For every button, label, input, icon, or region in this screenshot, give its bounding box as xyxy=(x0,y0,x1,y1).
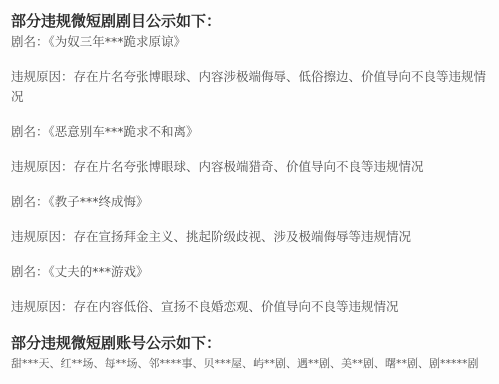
drama-title: 《为奴三年***跪求原谅》 xyxy=(49,34,187,49)
drama-title-line: 剧名：《教子***终成悔》 xyxy=(11,192,487,212)
drama-name-label: 剧名： xyxy=(11,34,49,49)
violation-reason-label: 违规原因： xyxy=(11,229,74,244)
drama-title: 《恶意别车***跪求不和离》 xyxy=(49,124,199,139)
drama-title-line: 剧名：《恶意别车***跪求不和离》 xyxy=(11,122,487,142)
drama-title: 《教子***终成悔》 xyxy=(49,194,149,209)
violation-reason-line: 违规原因：存在片名夸张博眼球、内容涉极端侮辱、低俗擦边、价值导向不良等违规情况 xyxy=(11,67,487,107)
violation-reason: 存在片名夸张博眼球、内容极端猎奇、价值导向不良等违规情况 xyxy=(74,159,424,174)
drama-title: 《丈夫的***游戏》 xyxy=(49,264,149,279)
drama-name-label: 剧名： xyxy=(11,194,49,209)
violation-reason-label: 违规原因： xyxy=(11,159,74,174)
violating-accounts-list: 甜***天、红**场、每**场、邻****事、贝***屋、屿**剧、遇**剧、美… xyxy=(11,354,487,374)
accounts-section-heading: 部分违规微短剧账号公示如下： xyxy=(11,332,487,354)
drama-title-line: 剧名：《为奴三年***跪求原谅》 xyxy=(11,32,487,52)
violation-reason-line: 违规原因：存在内容低俗、宣扬不良婚恋观、价值导向不良等违规情况 xyxy=(11,297,487,317)
violation-reason-label: 违规原因： xyxy=(11,69,74,84)
violation-reason-line: 违规原因：存在片名夸张博眼球、内容极端猎奇、价值导向不良等违规情况 xyxy=(11,157,487,177)
violation-reason-label: 违规原因： xyxy=(11,299,74,314)
violation-reason: 存在片名夸张博眼球、内容涉极端侮辱、低俗擦边、价值导向不良等违规情况 xyxy=(11,69,486,104)
violation-reason: 存在宣扬拜金主义、挑起阶级歧视、涉及极端侮辱等违规情况 xyxy=(74,229,412,244)
violation-notice-document: 部分违规微短剧剧目公示如下： 剧名：《为奴三年***跪求原谅》 违规原因：存在片… xyxy=(0,0,499,384)
drama-name-label: 剧名： xyxy=(11,264,49,279)
violation-reason: 存在内容低俗、宣扬不良婚恋观、价值导向不良等违规情况 xyxy=(74,299,399,314)
drama-title-line: 剧名：《丈夫的***游戏》 xyxy=(11,262,487,282)
violation-reason-line: 违规原因：存在宣扬拜金主义、挑起阶级歧视、涉及极端侮辱等违规情况 xyxy=(11,227,487,247)
dramas-section-heading: 部分违规微短剧剧目公示如下： xyxy=(11,10,487,32)
drama-name-label: 剧名： xyxy=(11,124,49,139)
